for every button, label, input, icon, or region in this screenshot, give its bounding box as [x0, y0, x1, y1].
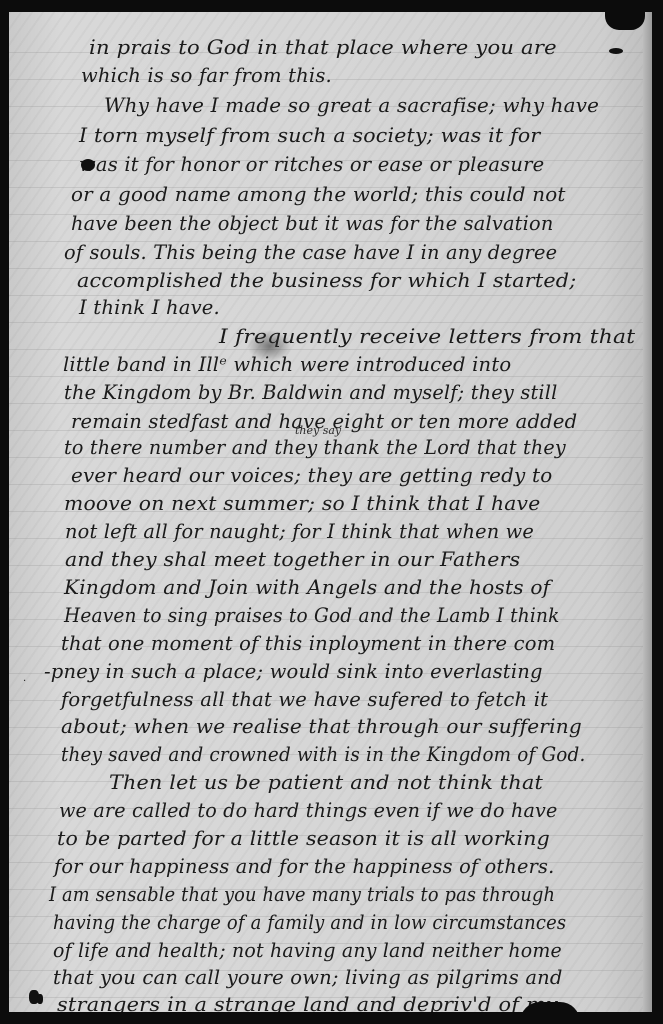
margin-mark: ·	[23, 676, 26, 687]
text-line: I torn myself from such a society; was i…	[79, 124, 540, 147]
text-line: that one moment of this inployment in th…	[61, 632, 555, 655]
text-line: of life and health; not having any land …	[53, 939, 562, 962]
text-line: about; when we realise that through our …	[61, 715, 582, 738]
text-line: having the charge of a family and in low…	[53, 911, 566, 934]
manuscript-page: in prais to God in that place where you …	[9, 12, 652, 1012]
page-clip-shadow	[520, 1002, 580, 1024]
text-line: or a good name among the world; this cou…	[71, 183, 566, 206]
text-line: of souls. This being the case have I in …	[64, 241, 557, 264]
text-line: I think I have.	[79, 296, 220, 319]
text-line: and they shal meet together in our Fathe…	[65, 548, 520, 571]
text-line: Then let us be patient and not think tha…	[109, 771, 543, 794]
page-edge	[643, 12, 652, 1012]
text-line: ever heard our voices; they are getting …	[71, 464, 552, 487]
text-line: we are called to do hard things even if …	[59, 799, 558, 822]
text-line: I am sensable that you have many trials …	[49, 883, 555, 906]
ruled-line	[9, 376, 652, 377]
text-line: little band in Illᵉ which were introduce…	[63, 353, 511, 376]
text-line: -pney in such a place; would sink into e…	[44, 660, 543, 683]
text-line: was it for honor or ritches or ease or p…	[79, 153, 544, 176]
text-line: have been the object but it was for the …	[71, 212, 553, 235]
ink-blot	[37, 994, 43, 1004]
text-line: Kingdom and Join with Angels and the hos…	[64, 576, 550, 599]
page-clip-shadow	[605, 8, 645, 30]
text-line: accomplished the business for which I st…	[77, 269, 576, 292]
ruled-line	[9, 349, 652, 350]
text-line: that you can call youre own; living as p…	[53, 966, 563, 989]
ruled-line	[9, 322, 652, 323]
text-line: they saved and crowned with is in the Ki…	[61, 743, 585, 766]
ink-blot	[609, 48, 623, 54]
ink-blot	[81, 159, 95, 171]
text-line: in prais to God in that place where you …	[89, 36, 557, 59]
text-line: Why have I made so great a sacrafise; wh…	[104, 94, 599, 117]
text-line: strangers in a strange land and depriv'd…	[57, 993, 558, 1012]
ink-smudge	[247, 330, 292, 362]
text-line: not left all for naught; for I think tha…	[65, 520, 534, 543]
text-line: Heaven to sing praises to God and the La…	[64, 604, 560, 627]
text-line: to be parted for a little season it is a…	[57, 827, 550, 850]
text-line: for our happiness and for the happiness …	[54, 855, 554, 878]
text-line: to there number and they thank the Lord …	[64, 436, 566, 459]
text-line: moove on next summer; so I think that I …	[64, 492, 540, 515]
text-line: which is so far from this.	[81, 64, 332, 87]
text-line: forgetfulness all that we have sufered t…	[61, 688, 548, 711]
text-line: the Kingdom by Br. Baldwin and myself; t…	[64, 381, 558, 404]
